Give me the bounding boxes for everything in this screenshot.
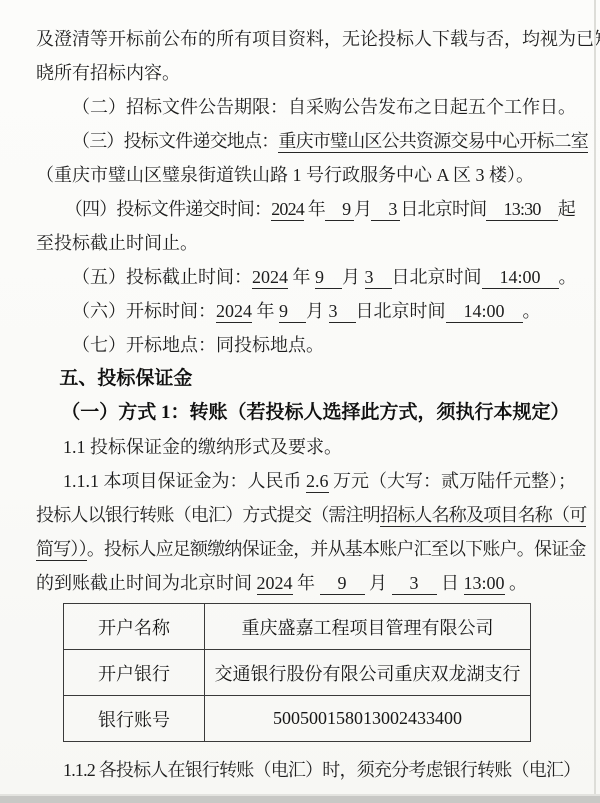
text-segment: （六）开标时间： bbox=[72, 301, 216, 321]
document-line: 简写））。投标人应足额缴纳保证金，并从基本账户汇至以下账户。保证金 bbox=[36, 532, 596, 566]
table-value-account-name: 重庆盛嘉工程项目管理有限公司 bbox=[205, 604, 531, 650]
filled-blank-underlined: 14:00 bbox=[482, 267, 559, 289]
text-segment: 投标人以银行转账（电汇）方式提交（需注明 bbox=[36, 505, 380, 525]
filled-blank-underlined: 9 bbox=[315, 267, 342, 289]
document-line: 及澄清等开标前公布的所有项目资料，无论投标人下载与否，均视为已知 bbox=[36, 22, 596, 56]
filled-blank-underlined: 9 bbox=[320, 573, 365, 595]
filled-blank-underlined: 9 bbox=[325, 199, 354, 221]
text-segment: 日北京时间 bbox=[392, 267, 482, 287]
filled-blank-underlined: 2024 bbox=[252, 267, 288, 289]
document-line: 的到账截止时间为北京时间 2024 年 9 月 3 日 13:00 。 bbox=[36, 566, 596, 600]
document-line: 晓所有招标内容。 bbox=[36, 56, 596, 90]
text-segment: 万元（大写：贰万陆仟元整）； bbox=[329, 471, 577, 491]
table-row: 开户名称 重庆盛嘉工程项目管理有限公司 bbox=[64, 604, 531, 650]
text-segment: （五）投标截止时间： bbox=[72, 267, 252, 287]
table-row: 银行账号 500500158013002433400 bbox=[64, 696, 531, 742]
filled-blank-underlined: 简写）） bbox=[36, 539, 87, 561]
document-body-top: 及澄清等开标前公布的所有项目资料，无论投标人下载与否，均视为已知晓所有招标内容。… bbox=[36, 22, 596, 600]
filled-blank-underlined: 2024 bbox=[271, 199, 304, 221]
text-segment: 日北京时间 bbox=[356, 301, 446, 321]
filled-blank-underlined: 3 bbox=[329, 301, 356, 323]
text-segment: 年 bbox=[293, 573, 320, 593]
text-segment: 年 bbox=[288, 267, 315, 287]
document-line: （七）开标地点：同投标地点。 bbox=[36, 328, 596, 362]
table-row: 开户银行 交通银行股份有限公司重庆双龙湖支行 bbox=[64, 650, 531, 696]
scan-edge-bottom bbox=[0, 794, 600, 803]
document-line: （四）投标文件递交时间：2024 年 9 月 3 日北京时间 13:30 起 bbox=[36, 192, 596, 226]
text-segment: 1.1.2 各投标人在银行转账（电汇）时，须充分考虑银行转账（电汇） bbox=[63, 760, 580, 780]
filled-blank-underlined: 13:30 bbox=[486, 199, 557, 221]
filled-blank-underlined: 14:00 bbox=[446, 301, 523, 323]
document-line: 至投标截止时间止。 bbox=[36, 226, 596, 260]
document-heading-line: （一）方式 1：转账（若投标人选择此方式，须执行本规定） bbox=[36, 396, 596, 430]
document-line: （二）招标文件公告期限：自采购公告发布之日起五个工作日。 bbox=[36, 90, 596, 124]
document-line: 1.1.1 本项目保证金为：人民币 2.6 万元（大写：贰万陆仟元整）； bbox=[36, 464, 596, 498]
text-segment: 1.1 投标保证金的缴纳形式及要求。 bbox=[63, 437, 342, 457]
document-content: 及澄清等开标前公布的所有项目资料，无论投标人下载与否，均视为已知晓所有招标内容。… bbox=[36, 22, 596, 787]
text-segment: 月 bbox=[342, 267, 365, 287]
text-segment: 月 bbox=[306, 301, 329, 321]
text-segment: 年 bbox=[252, 301, 279, 321]
filled-blank-underlined: 9 bbox=[279, 301, 306, 323]
document-line: 投标人以银行转账（电汇）方式提交（需注明招标人名称及项目名称（可 bbox=[36, 498, 596, 532]
document-line: （重庆市璧山区璧泉街道铁山路 1 号行政服务中心 A 区 3 楼）。 bbox=[36, 158, 596, 192]
text-segment: （四）投标文件递交时间： bbox=[65, 199, 271, 219]
filled-blank-underlined: 2.6 bbox=[306, 471, 329, 493]
text-segment: 。 bbox=[505, 573, 528, 593]
text-segment: 。投标人应足额缴纳保证金，并从基本账户汇至以下账户。保证金 bbox=[87, 539, 586, 559]
text-segment: 日 bbox=[437, 573, 464, 593]
text-segment: 。 bbox=[559, 267, 577, 287]
filled-blank-underlined: 3 bbox=[371, 199, 400, 221]
table-value-bank-name: 交通银行股份有限公司重庆双龙湖支行 bbox=[205, 650, 531, 696]
text-segment: （重庆市璧山区璧泉街道铁山路 1 号行政服务中心 A 区 3 楼）。 bbox=[36, 165, 534, 185]
scan-edge-right bbox=[594, 0, 596, 803]
text-segment: 1.1.1 本项目保证金为：人民币 bbox=[63, 471, 306, 491]
text-segment: （七）开标地点：同投标地点。 bbox=[72, 335, 324, 355]
filled-blank-underlined: 13:00 bbox=[464, 573, 505, 595]
filled-blank-underlined: 2024 bbox=[216, 301, 252, 323]
text-segment: 月 bbox=[365, 573, 392, 593]
document-line: （五）投标截止时间：2024 年 9 月 3 日北京时间 14:00 。 bbox=[36, 260, 596, 294]
filled-blank-underlined: 招标人名称及项目名称（可 bbox=[380, 505, 586, 527]
text-segment: 晓所有招标内容。 bbox=[36, 63, 180, 83]
filled-blank-underlined: 重庆市璧山区公共资源交易中心开标二室 bbox=[278, 131, 588, 153]
text-segment: 起 bbox=[558, 199, 575, 219]
text-segment: （一）方式 1：转账（若投标人选择此方式，须执行本规定） bbox=[61, 402, 569, 423]
document-line: （六）开标时间：2024 年 9 月 3 日北京时间 14:00 。 bbox=[36, 294, 596, 328]
text-segment: 月 bbox=[354, 199, 371, 219]
document-line: 1.1.2 各投标人在银行转账（电汇）时，须充分考虑银行转账（电汇） bbox=[36, 753, 596, 787]
table-label-bank-name: 开户银行 bbox=[64, 650, 205, 696]
text-segment: 。 bbox=[523, 301, 541, 321]
text-segment: 年 bbox=[304, 199, 325, 219]
table-label-account-name: 开户名称 bbox=[64, 604, 205, 650]
text-segment: 至投标截止时间止。 bbox=[36, 233, 198, 253]
document-heading-line: 五、投标保证金 bbox=[36, 362, 596, 396]
table-value-account-number: 500500158013002433400 bbox=[205, 696, 531, 742]
text-segment: 五、投标保证金 bbox=[59, 368, 192, 389]
filled-blank-underlined: 3 bbox=[365, 267, 392, 289]
document-body-bottom: 1.1.2 各投标人在银行转账（电汇）时，须充分考虑银行转账（电汇） bbox=[36, 753, 596, 787]
text-segment: 及澄清等开标前公布的所有项目资料，无论投标人下载与否，均视为已知 bbox=[36, 29, 600, 49]
scanned-document-page: 及澄清等开标前公布的所有项目资料，无论投标人下载与否，均视为已知晓所有招标内容。… bbox=[0, 0, 600, 803]
text-segment: 日北京时间 bbox=[400, 199, 486, 219]
bank-account-table: 开户名称 重庆盛嘉工程项目管理有限公司 开户银行 交通银行股份有限公司重庆双龙湖… bbox=[63, 603, 531, 742]
filled-blank-underlined: 3 bbox=[392, 573, 437, 595]
text-segment: （二）招标文件公告期限：自采购公告发布之日起五个工作日。 bbox=[72, 97, 576, 117]
document-line: 1.1 投标保证金的缴纳形式及要求。 bbox=[36, 430, 596, 464]
text-segment: 的到账截止时间为北京时间 bbox=[36, 573, 257, 593]
table-label-account-number: 银行账号 bbox=[64, 696, 205, 742]
filled-blank-underlined: 2024 bbox=[257, 573, 293, 595]
text-segment: （三）投标文件递交地点： bbox=[72, 131, 278, 151]
document-line: （三）投标文件递交地点：重庆市璧山区公共资源交易中心开标二室 bbox=[36, 124, 596, 158]
